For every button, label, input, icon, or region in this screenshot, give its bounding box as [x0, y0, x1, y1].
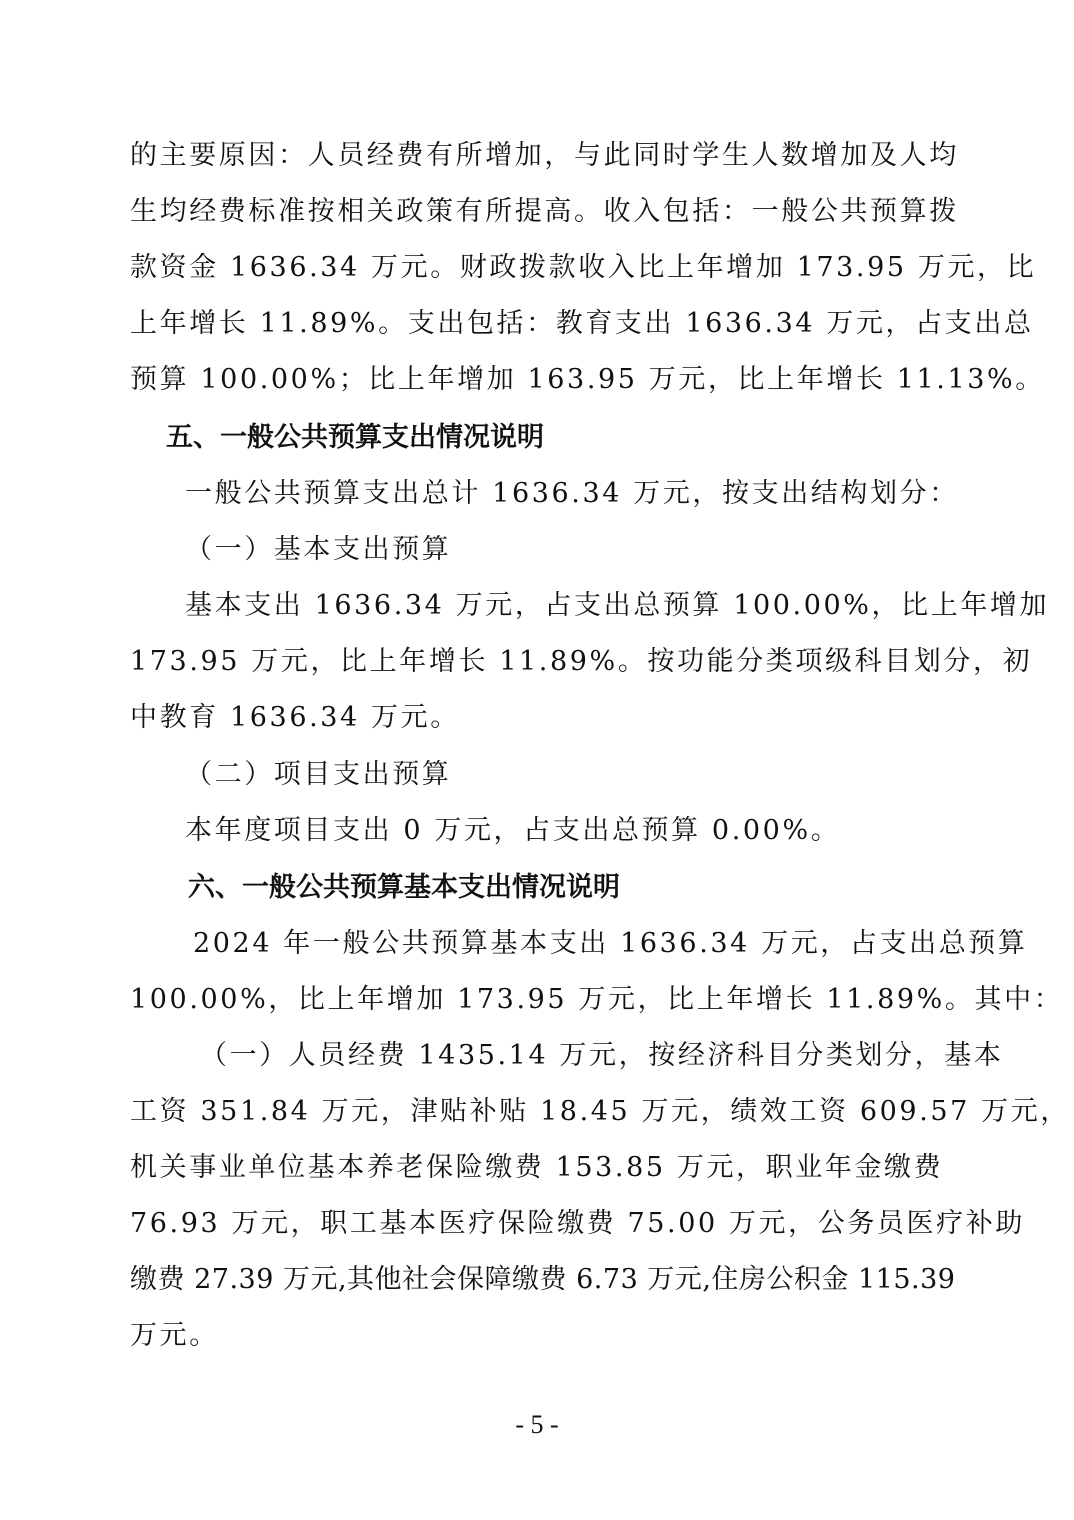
- paragraph-line: 一般公共预算支出总计 1636.34 万元，按支出结构划分：: [185, 474, 1001, 514]
- paragraph-line: 100.00%，比上年增加 173.95 万元，比上年增长 11.89%。其中：: [130, 980, 946, 1020]
- paragraph-line: 中教育 1636.34 万元。: [130, 698, 946, 738]
- subsection-heading-project-expenditure: （二）项目支出预算: [185, 755, 1001, 795]
- paragraph-line: 基本支出 1636.34 万元，占支出总预算 100.00%，比上年增加: [185, 586, 946, 626]
- paragraph-line: 款资金 1636.34 万元。财政拨款收入比上年增加 173.95 万元，比: [130, 248, 946, 288]
- paragraph-line: 工资 351.84 万元，津贴补贴 18.45 万元，绩效工资 609.57 万…: [130, 1092, 946, 1132]
- document-page: 的主要原因：人员经费有所增加，与此同时学生人数增加及人均 生均经费标准按相关政策…: [0, 0, 1074, 1520]
- paragraph-line: 机关事业单位基本养老保险缴费 153.85 万元，职业年金缴费: [130, 1148, 946, 1188]
- page-number: - 5 -: [0, 1410, 1074, 1440]
- paragraph-line: （一）人员经费 1435.14 万元，按经济科目分类划分，基本: [200, 1036, 946, 1076]
- paragraph-line: 本年度项目支出 0 万元，占支出总预算 0.00%。: [185, 811, 1001, 851]
- paragraph-line: 2024 年一般公共预算基本支出 1636.34 万元，占支出总预算: [193, 924, 946, 964]
- paragraph-line: 173.95 万元，比上年增长 11.89%。按功能分类项级科目划分，初: [130, 642, 946, 682]
- subsection-heading-basic-expenditure: （一）基本支出预算: [185, 530, 1001, 570]
- section-heading-6: 六、一般公共预算基本支出情况说明: [188, 868, 1004, 908]
- paragraph-line: 生均经费标准按相关政策有所提高。收入包括：一般公共预算拨: [130, 192, 946, 232]
- paragraph-line: 上年增长 11.89%。支出包括：教育支出 1636.34 万元，占支出总: [130, 304, 946, 344]
- section-heading-5: 五、一般公共预算支出情况说明: [166, 418, 982, 458]
- paragraph-line: 缴费 27.39 万元,其他社会保障缴费 6.73 万元,住房公积金 115.3…: [130, 1260, 946, 1300]
- paragraph-line: 预算 100.00%；比上年增加 163.95 万元，比上年增长 11.13%。: [130, 360, 946, 400]
- paragraph-line: 万元。: [130, 1316, 946, 1356]
- paragraph-line: 76.93 万元，职工基本医疗保险缴费 75.00 万元，公务员医疗补助: [130, 1204, 946, 1244]
- paragraph-line: 的主要原因：人员经费有所增加，与此同时学生人数增加及人均: [130, 136, 946, 176]
